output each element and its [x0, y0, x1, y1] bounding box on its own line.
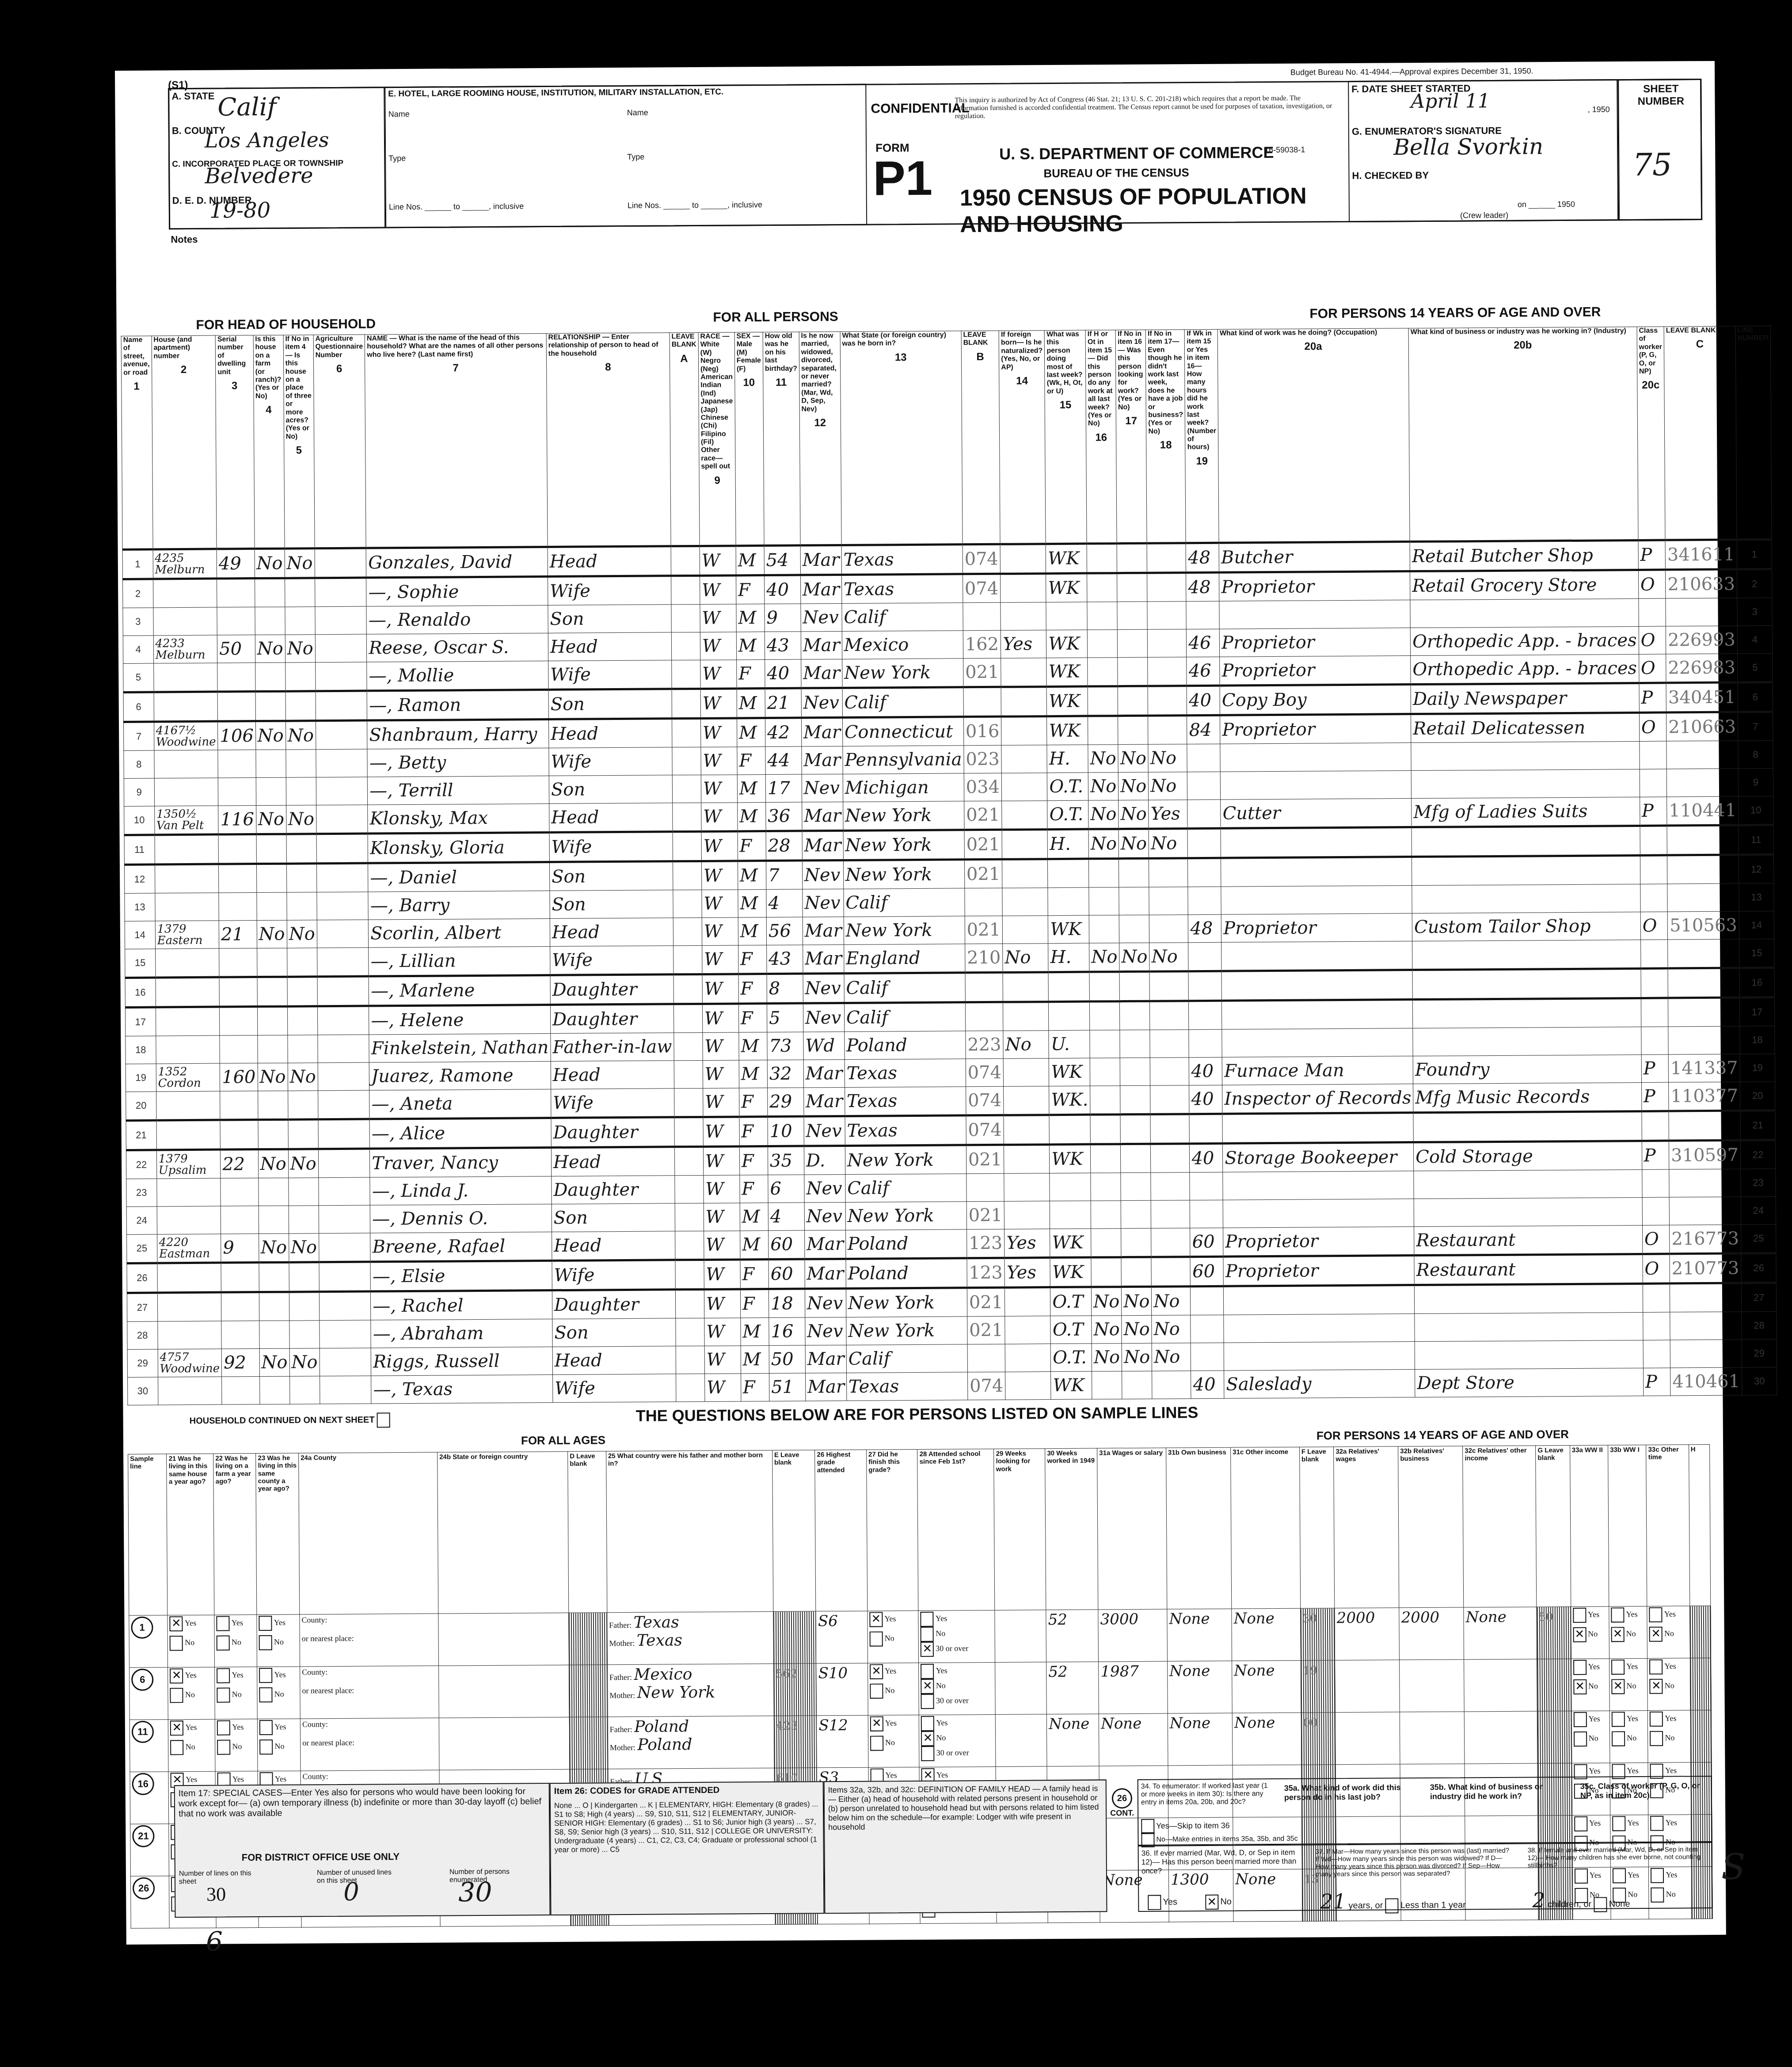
cell-age[interactable]: 73: [767, 1032, 803, 1060]
cell-agriculture-questionnaire[interactable]: [317, 976, 369, 1006]
cell-q32c[interactable]: None: [1464, 1607, 1537, 1660]
cell-ind[interactable]: Foundry: [1413, 1054, 1641, 1084]
checkbox[interactable]: [1611, 1607, 1624, 1622]
cell-q16[interactable]: [1090, 1001, 1120, 1030]
cell-farm[interactable]: [257, 948, 287, 977]
cell-q23[interactable]: YesNo: [257, 1614, 300, 1667]
cell-hours[interactable]: 40: [1187, 685, 1220, 715]
cell-nat[interactable]: [1001, 745, 1047, 773]
cell-q17[interactable]: [1121, 1172, 1151, 1200]
cell-farm[interactable]: [256, 892, 286, 920]
grade-value[interactable]: S6: [818, 1612, 838, 1630]
cell-acres[interactable]: [289, 1376, 320, 1404]
cell-ind[interactable]: [1415, 1312, 1643, 1341]
cell-rel[interactable]: Head: [550, 918, 673, 947]
cell-rel[interactable]: Head: [548, 546, 671, 577]
cell-rel[interactable]: Daughter: [550, 974, 673, 1005]
cell-q16[interactable]: No: [1092, 1316, 1122, 1344]
cell-25[interactable]: Father: TexasMother: Texas: [607, 1611, 774, 1664]
cell-mar[interactable]: Nev: [804, 1174, 845, 1203]
cell-sex[interactable]: F: [736, 660, 765, 689]
cell-q18[interactable]: No: [1149, 829, 1188, 859]
cell-30[interactable]: 52: [1046, 1662, 1099, 1714]
cell-occ[interactable]: Proprietor: [1220, 656, 1411, 686]
cell-ind[interactable]: [1414, 1169, 1642, 1199]
checkbox[interactable]: [259, 1668, 272, 1683]
cell-act[interactable]: H.: [1047, 829, 1088, 859]
cell-age[interactable]: 43: [765, 632, 801, 659]
coded-cell-b[interactable]: [965, 972, 1003, 1002]
checkbox[interactable]: ✕: [170, 1668, 183, 1683]
cell-q17[interactable]: [1117, 573, 1147, 601]
cell-nat[interactable]: [1003, 972, 1049, 1002]
q31a-value[interactable]: None: [1102, 1871, 1142, 1889]
cell-dwelling[interactable]: 22: [221, 1150, 259, 1179]
cell-agriculture-questionnaire[interactable]: [315, 634, 367, 662]
checkbox[interactable]: ✕: [869, 1612, 883, 1627]
checkbox[interactable]: [921, 1716, 934, 1731]
cell-cls[interactable]: [1643, 1340, 1670, 1368]
q33c-yes[interactable]: Yes: [1649, 1607, 1688, 1622]
cell-name[interactable]: Reese, Oscar S.: [367, 633, 548, 662]
checkbox[interactable]: ✕: [170, 1721, 183, 1736]
cell-26[interactable]: S12: [817, 1715, 868, 1768]
cell-30[interactable]: 52: [1046, 1610, 1099, 1662]
cell-q16[interactable]: [1091, 1201, 1121, 1229]
cell-agriculture-questionnaire[interactable]: [319, 1262, 371, 1292]
cell-rel[interactable]: Son: [549, 775, 672, 804]
cell-sex[interactable]: M: [737, 803, 766, 831]
cell-mar[interactable]: Mar: [801, 717, 842, 746]
cell-mar[interactable]: Mar: [803, 1059, 845, 1088]
cell-race[interactable]: W: [701, 831, 738, 861]
cell-age[interactable]: 32: [767, 1060, 803, 1088]
cell-age[interactable]: 6: [768, 1175, 804, 1203]
cell-birth[interactable]: Poland: [845, 1230, 966, 1259]
cell-q18[interactable]: [1147, 573, 1187, 602]
cell-q17[interactable]: [1122, 1371, 1152, 1399]
cell-mar[interactable]: Nev: [802, 860, 843, 889]
cell-dwelling[interactable]: [217, 607, 255, 636]
cell-age[interactable]: 42: [765, 718, 801, 746]
cell-age[interactable]: 40: [764, 575, 800, 604]
cell-sex[interactable]: F: [739, 1146, 768, 1175]
q33b-no[interactable]: ✕No: [1611, 1679, 1646, 1694]
cell-q16[interactable]: [1088, 658, 1118, 686]
cell-nat[interactable]: No: [1003, 1031, 1049, 1059]
cell-cls[interactable]: O: [1639, 654, 1666, 683]
checkbox[interactable]: [259, 1740, 273, 1755]
q33c-no[interactable]: ✕No: [1649, 1626, 1688, 1642]
cell-acres[interactable]: [286, 864, 316, 892]
cell-race[interactable]: W: [701, 775, 737, 803]
cell-q32b[interactable]: 2000: [1399, 1607, 1464, 1660]
cell-ind[interactable]: [1412, 855, 1640, 885]
cell-cls[interactable]: O: [1640, 912, 1668, 940]
cell-dwelling[interactable]: [218, 834, 256, 864]
checkbox[interactable]: [1649, 1660, 1663, 1675]
cell-hours[interactable]: [1187, 828, 1221, 858]
cell-acres[interactable]: No: [288, 1149, 318, 1178]
cell-street[interactable]: [155, 834, 219, 864]
cell-nat[interactable]: [1002, 888, 1048, 916]
cell-mar[interactable]: Mar: [801, 631, 842, 659]
cell-agriculture-questionnaire[interactable]: [317, 948, 369, 977]
cell-sex[interactable]: F: [737, 747, 766, 775]
cell-agriculture-questionnaire[interactable]: [315, 606, 367, 635]
state-value[interactable]: Calif: [217, 93, 276, 122]
cell-name[interactable]: —, Abraham: [371, 1319, 552, 1348]
cell-agriculture-questionnaire[interactable]: [316, 691, 367, 721]
cell-q17[interactable]: [1118, 716, 1148, 744]
cell-occ[interactable]: [1221, 827, 1412, 858]
cell-q17[interactable]: No: [1122, 1287, 1152, 1315]
cell-sex[interactable]: F: [738, 831, 766, 861]
q21-no[interactable]: No: [170, 1688, 213, 1703]
q28-option[interactable]: ✕30 or over: [921, 1641, 993, 1657]
cell-street[interactable]: [155, 864, 219, 893]
cell-mar[interactable]: Nev: [802, 774, 843, 802]
cell-name[interactable]: —, Texas: [371, 1375, 553, 1404]
cell-q17[interactable]: No: [1119, 800, 1149, 829]
checkbox[interactable]: [921, 1612, 934, 1627]
checkbox[interactable]: [1574, 1732, 1587, 1747]
q36-yes[interactable]: Yes: [1148, 1895, 1177, 1910]
coded-cell-c[interactable]: 226993: [1666, 626, 1737, 654]
cell-dwelling[interactable]: [221, 1263, 259, 1293]
cell-name[interactable]: Breene, Rafael: [370, 1232, 552, 1262]
cell-hours[interactable]: [1187, 772, 1221, 799]
cell-q16[interactable]: [1088, 716, 1118, 745]
cell-birth[interactable]: New York: [844, 916, 965, 945]
q27-yes[interactable]: ✕Yes: [870, 1664, 917, 1679]
checkbox[interactable]: [170, 1688, 183, 1703]
cell-q16[interactable]: No: [1092, 1344, 1122, 1371]
cell-q17[interactable]: [1120, 1114, 1151, 1144]
cell-act[interactable]: WK: [1046, 658, 1088, 687]
cell-q17[interactable]: [1121, 1257, 1152, 1287]
q27-yes[interactable]: ✕Yes: [870, 1716, 917, 1732]
checkbox[interactable]: [870, 1736, 883, 1751]
cell-ind[interactable]: Retail Grocery Store: [1410, 570, 1639, 600]
cell-birth[interactable]: Calif: [844, 1002, 965, 1032]
cell-q17[interactable]: [1118, 629, 1148, 657]
q22-no[interactable]: No: [217, 1740, 255, 1755]
cell-hours[interactable]: [1190, 1200, 1223, 1228]
checkbox[interactable]: [1573, 1608, 1586, 1623]
checkbox[interactable]: ✕: [921, 1642, 934, 1657]
cell-q32c[interactable]: [1464, 1711, 1537, 1764]
cell-occ[interactable]: [1223, 1171, 1414, 1200]
cell-race[interactable]: W: [700, 632, 736, 660]
street-name[interactable]: Woodwine: [160, 1363, 220, 1375]
cell-rel[interactable]: Daughter: [550, 1004, 673, 1034]
cell-hours[interactable]: [1188, 858, 1221, 887]
ed-value[interactable]: 19-80: [209, 198, 271, 223]
coded-cell-c[interactable]: 216773: [1670, 1225, 1741, 1254]
cell-q31c[interactable]: None: [1232, 1660, 1301, 1713]
cell-agriculture-questionnaire[interactable]: [319, 1205, 370, 1233]
cell-dwelling[interactable]: [222, 1377, 260, 1405]
street-name[interactable]: Cordon: [158, 1077, 218, 1089]
cell-q16[interactable]: [1087, 630, 1117, 658]
cell-farm[interactable]: [259, 1376, 289, 1404]
cell-acres[interactable]: [289, 1206, 319, 1233]
checkbox[interactable]: [921, 1627, 934, 1642]
cell-q17[interactable]: No: [1118, 772, 1148, 800]
cell-cls[interactable]: [1640, 884, 1668, 912]
cell-q16[interactable]: No: [1088, 745, 1118, 773]
checkbox[interactable]: ✕: [1611, 1627, 1625, 1642]
cell-farm[interactable]: [255, 691, 286, 721]
cell-act[interactable]: [1050, 1173, 1091, 1201]
cell-cls[interactable]: [1640, 940, 1668, 968]
cell-dwelling[interactable]: [219, 864, 257, 893]
cell-age[interactable]: 28: [766, 831, 802, 860]
cell-agriculture-questionnaire[interactable]: [320, 1376, 371, 1404]
cell-24a[interactable]: County:or nearest place:: [300, 1666, 439, 1719]
cell-28[interactable]: Yes✕No30 or over: [919, 1662, 996, 1715]
checkbox[interactable]: [217, 1635, 230, 1650]
father-country[interactable]: Poland: [634, 1717, 689, 1736]
cell-rel[interactable]: Wife: [548, 660, 672, 690]
cell-race[interactable]: W: [704, 1346, 741, 1374]
cell-birth[interactable]: Calif: [842, 603, 963, 632]
cell-birth[interactable]: Pennsylvania: [843, 746, 964, 774]
cell-q16[interactable]: [1092, 1371, 1122, 1399]
cell-acres[interactable]: [287, 977, 318, 1006]
cell-agriculture-questionnaire[interactable]: [320, 1320, 371, 1348]
cell-nat[interactable]: [1002, 859, 1048, 888]
coded-cell-b[interactable]: 123: [966, 1229, 1004, 1258]
cell-acres[interactable]: No: [287, 920, 317, 948]
cell-dwelling[interactable]: 9: [221, 1234, 259, 1263]
checkbox[interactable]: [1573, 1712, 1587, 1727]
cell-cls[interactable]: [1640, 826, 1667, 855]
cell-street[interactable]: 1352Cordon: [156, 1063, 220, 1092]
cell-rel[interactable]: Son: [549, 861, 673, 891]
cell-q18[interactable]: [1148, 686, 1187, 716]
cell-sex[interactable]: M: [736, 546, 765, 575]
cell-birth[interactable]: Texas: [845, 1059, 966, 1088]
checkbox[interactable]: [1650, 1731, 1663, 1746]
cell-q32b[interactable]: [1400, 1660, 1465, 1712]
cell-street[interactable]: 1379Eastern: [155, 921, 219, 949]
cell-race[interactable]: W: [704, 1203, 740, 1231]
checkbox[interactable]: [259, 1616, 272, 1631]
cell-birth[interactable]: Mexico: [842, 631, 963, 659]
cell-33a[interactable]: Yes✕No: [1571, 1659, 1609, 1711]
cell-rel[interactable]: Wife: [552, 1260, 675, 1290]
cell-acres[interactable]: [287, 892, 317, 920]
cell-occ[interactable]: [1222, 1028, 1413, 1058]
cell-age[interactable]: 60: [769, 1259, 805, 1289]
cell-q31b[interactable]: None: [1167, 1661, 1232, 1713]
cell-agriculture-questionnaire[interactable]: [316, 777, 368, 805]
cell-race[interactable]: W: [703, 1117, 739, 1146]
cell-q17[interactable]: No: [1122, 1315, 1152, 1343]
cell-agriculture-questionnaire[interactable]: [318, 1062, 369, 1091]
checkbox[interactable]: [217, 1616, 230, 1631]
cell-q16[interactable]: [1089, 915, 1119, 943]
cell-name[interactable]: Klonsky, Gloria: [368, 833, 549, 864]
cell-act[interactable]: U.: [1049, 1030, 1090, 1058]
cell-race[interactable]: W: [701, 803, 738, 831]
cell-rel[interactable]: Son: [552, 1203, 675, 1232]
q33a-no[interactable]: No: [1574, 1731, 1608, 1746]
q28-option[interactable]: 30 or over: [921, 1694, 993, 1709]
cell-nat[interactable]: [1001, 716, 1047, 746]
coded-cell-c[interactable]: 210773: [1670, 1253, 1741, 1283]
cell-acres[interactable]: [288, 1091, 318, 1119]
cell-sex[interactable]: F: [740, 1260, 769, 1289]
cell-occ[interactable]: Inspector of Records: [1222, 1084, 1413, 1114]
cell-farm[interactable]: No: [255, 721, 285, 750]
cell-nat[interactable]: [1001, 658, 1047, 687]
cell-33c[interactable]: Yes✕No: [1647, 1658, 1690, 1711]
cell-occ[interactable]: Saleslady: [1224, 1370, 1415, 1399]
cell-ind[interactable]: Retail Butcher Shop: [1410, 540, 1638, 571]
cell-cls[interactable]: O: [1638, 570, 1666, 598]
cell-cls[interactable]: P: [1639, 683, 1666, 712]
cell-age[interactable]: 8: [767, 974, 803, 1003]
cell-hours[interactable]: [1187, 799, 1221, 828]
cell-dwelling[interactable]: [221, 1206, 259, 1234]
cell-33a[interactable]: YesNo: [1571, 1711, 1610, 1763]
q23-yes[interactable]: Yes: [259, 1668, 298, 1683]
cell-rel[interactable]: Son: [548, 689, 672, 719]
weeks-worked[interactable]: 52: [1048, 1663, 1068, 1681]
cell-name[interactable]: —, Elsie: [370, 1261, 552, 1292]
cell-dwelling[interactable]: [221, 1321, 259, 1349]
cell-q18[interactable]: Yes: [1149, 800, 1188, 829]
cell-race[interactable]: W: [701, 747, 737, 775]
cell-ind[interactable]: Restaurant: [1414, 1225, 1643, 1255]
checkbox[interactable]: [217, 1740, 230, 1755]
cell-28[interactable]: Yes✕No30 or over: [919, 1714, 996, 1767]
cell-dwelling[interactable]: 50: [217, 635, 255, 663]
cell-acres[interactable]: [286, 777, 316, 805]
cell-33a[interactable]: Yes✕No: [1571, 1606, 1609, 1659]
cell-rel[interactable]: Father-in-law: [551, 1033, 674, 1062]
q31c-value[interactable]: None: [1234, 1662, 1275, 1680]
cell-race[interactable]: W: [704, 1175, 740, 1203]
coded-cell-c[interactable]: [1668, 968, 1739, 998]
cell-cls[interactable]: [1643, 1283, 1670, 1312]
cell-street[interactable]: [154, 692, 218, 722]
cell-age[interactable]: 4: [766, 889, 803, 917]
cell-birth[interactable]: New York: [846, 1317, 967, 1345]
checkbox[interactable]: [1649, 1607, 1663, 1622]
cell-agriculture-questionnaire[interactable]: [319, 1177, 370, 1206]
checkbox[interactable]: [259, 1635, 272, 1650]
household-continued-checkbox[interactable]: [377, 1412, 390, 1427]
cell-race[interactable]: W: [702, 890, 738, 917]
q31c-value[interactable]: None: [1234, 1714, 1275, 1732]
cell-hours[interactable]: 48: [1188, 914, 1221, 942]
cell-nat[interactable]: [1004, 1086, 1050, 1115]
coded-cell-b[interactable]: 021: [967, 1316, 1005, 1344]
coded-cell-b[interactable]: 021: [967, 1287, 1005, 1317]
coded-cell-c[interactable]: 510563: [1667, 911, 1739, 940]
cell-occ[interactable]: [1221, 970, 1412, 1001]
cell-farm[interactable]: No: [259, 1348, 289, 1376]
house-number[interactable]: 4220: [159, 1237, 219, 1249]
cell-ind[interactable]: Restaurant: [1414, 1254, 1643, 1285]
cell-sex[interactable]: M: [741, 1346, 769, 1374]
cell-q18[interactable]: [1151, 1172, 1190, 1201]
cell-farm[interactable]: No: [255, 635, 285, 662]
checkbox[interactable]: [870, 1631, 883, 1646]
checkbox[interactable]: [170, 1636, 183, 1651]
cell-cls[interactable]: [1640, 769, 1667, 797]
cell-age[interactable]: 16: [769, 1317, 805, 1345]
cell-agriculture-questionnaire[interactable]: [318, 1035, 369, 1063]
cell-act[interactable]: WK: [1046, 686, 1088, 716]
cell-sex[interactable]: F: [740, 1175, 769, 1203]
cell-24b[interactable]: [439, 1665, 570, 1718]
cell-rel[interactable]: Son: [552, 1318, 676, 1347]
cell-q31a[interactable]: 3000: [1098, 1609, 1167, 1662]
cell-dwelling[interactable]: [217, 579, 255, 608]
cell-dwelling[interactable]: [220, 1035, 258, 1064]
cell-acres[interactable]: [289, 1292, 319, 1321]
q33a-no[interactable]: ✕No: [1573, 1679, 1608, 1694]
cell-q17[interactable]: [1118, 686, 1148, 716]
cell-33c[interactable]: YesNo: [1648, 1710, 1691, 1763]
cell-mar[interactable]: Mar: [800, 575, 841, 604]
checkbox[interactable]: [921, 1694, 934, 1709]
cell-29[interactable]: [996, 1714, 1047, 1767]
q22-yes[interactable]: Yes: [217, 1720, 255, 1736]
cell-hours[interactable]: 46: [1187, 629, 1220, 657]
cell-q17[interactable]: [1121, 1200, 1151, 1228]
cell-sex[interactable]: M: [737, 689, 765, 718]
cell-mar[interactable]: Nev: [804, 1116, 845, 1146]
cell-agriculture-questionnaire[interactable]: [317, 920, 369, 948]
cell-mar[interactable]: Nev: [805, 1317, 846, 1345]
coded-cell-c[interactable]: [1669, 1169, 1741, 1197]
cell-name[interactable]: Riggs, Russell: [371, 1347, 552, 1376]
cell-street[interactable]: [157, 1321, 221, 1349]
coded-cell-b[interactable]: 021: [964, 859, 1002, 888]
cell-33b[interactable]: YesNo: [1609, 1710, 1648, 1763]
coded-cell-c[interactable]: [1667, 855, 1739, 884]
cell-sex[interactable]: M: [736, 604, 765, 632]
cell-hours[interactable]: 60: [1190, 1228, 1223, 1256]
cell-name[interactable]: Traver, Nancy: [370, 1148, 552, 1178]
cell-birth[interactable]: Connecticut: [842, 717, 963, 746]
cell-nat[interactable]: [1005, 1344, 1051, 1372]
coded-cell-c[interactable]: [1667, 883, 1739, 912]
cell-age[interactable]: 40: [765, 659, 801, 688]
cell-street[interactable]: 4235Melburn: [153, 549, 217, 579]
cell-26[interactable]: S6: [816, 1611, 867, 1663]
coded-cell-c[interactable]: [1666, 769, 1738, 797]
cell-cls[interactable]: P: [1643, 1368, 1670, 1396]
cell-farm[interactable]: [257, 1006, 287, 1035]
cell-occ[interactable]: Butcher: [1219, 542, 1410, 573]
cell-age[interactable]: 51: [769, 1373, 805, 1401]
cell-33c[interactable]: Yes✕No: [1647, 1606, 1690, 1659]
cell-hours[interactable]: 48: [1186, 572, 1219, 601]
cell-nat[interactable]: Yes: [1004, 1258, 1050, 1288]
cell-cls[interactable]: O: [1639, 712, 1666, 741]
q28-option[interactable]: Yes: [921, 1716, 993, 1731]
cell-name[interactable]: Gonzales, David: [366, 547, 548, 578]
cell-act[interactable]: O.T: [1050, 1287, 1092, 1316]
cell-ind[interactable]: Custom Tailor Shop: [1412, 912, 1640, 941]
